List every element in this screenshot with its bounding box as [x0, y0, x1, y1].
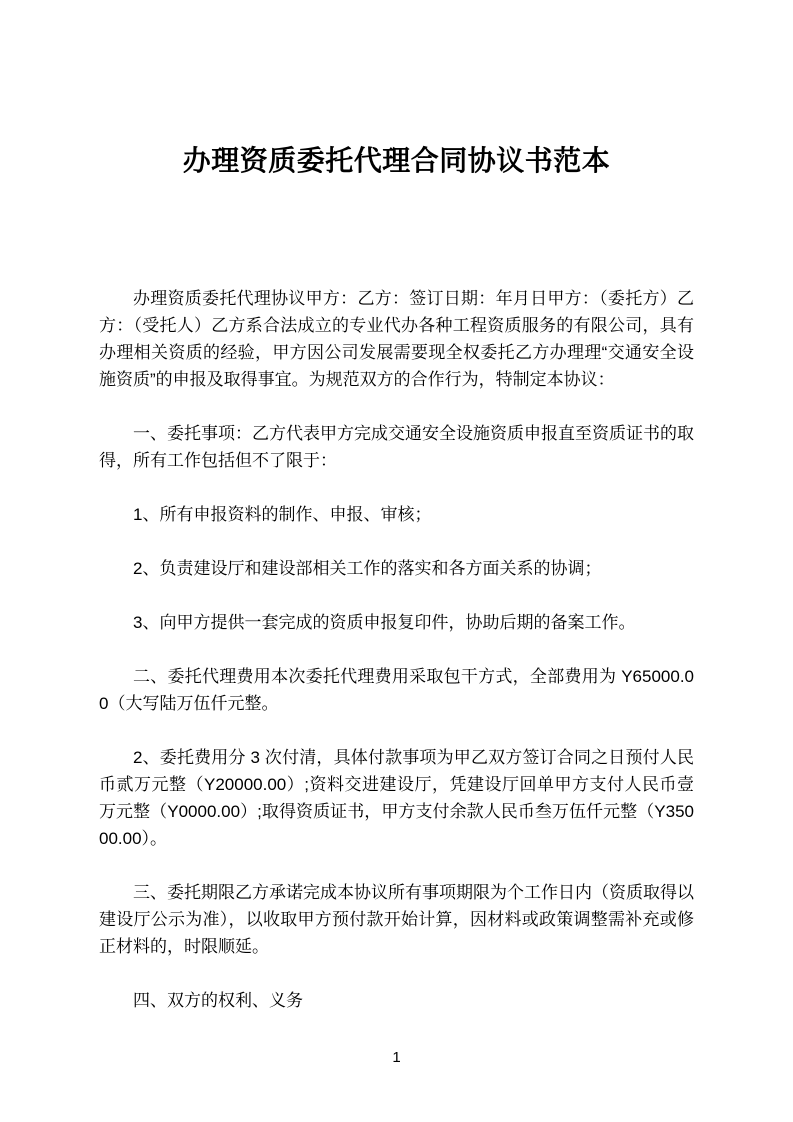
document-body: 办理资质委托代理协议甲方：乙方：签订日期：年月日甲方：（委托方）乙方：（受托人）… [0, 181, 793, 1014]
paragraph-item-2: 2、负责建设厅和建设部相关工作的落实和各方面关系的协调； [99, 555, 694, 582]
paragraph-item-1: 1、所有申报资料的制作、申报、审核； [99, 501, 694, 528]
page-number: 1 [0, 1048, 793, 1068]
paragraph-section-4: 四、双方的权利、义务 [99, 987, 694, 1014]
document-title: 办理资质委托代理合同协议书范本 [0, 0, 793, 181]
paragraph-section-2: 二、委托代理费用本次委托代理费用采取包干方式，全部费用为 Y65000.00（大… [99, 663, 694, 717]
paragraph-section-3: 三、委托期限乙方承诺完成本协议所有事项期限为个工作日内（资质取得以建设厅公示为准… [99, 879, 694, 960]
paragraph-payment: 2、委托费用分 3 次付清，具体付款事项为甲乙双方签订合同之日预付人民币贰万元整… [99, 744, 694, 852]
paragraph-section-1: 一、委托事项：乙方代表甲方完成交通安全设施资质申报直至资质证书的取得，所有工作包… [99, 420, 694, 474]
paragraph-item-3: 3、向甲方提供一套完成的资质申报复印件，协助后期的备案工作。 [99, 609, 694, 636]
document-page: 办理资质委托代理合同协议书范本 办理资质委托代理协议甲方：乙方：签订日期：年月日… [0, 0, 793, 1122]
paragraph-intro: 办理资质委托代理协议甲方：乙方：签订日期：年月日甲方：（委托方）乙方：（受托人）… [99, 285, 694, 393]
